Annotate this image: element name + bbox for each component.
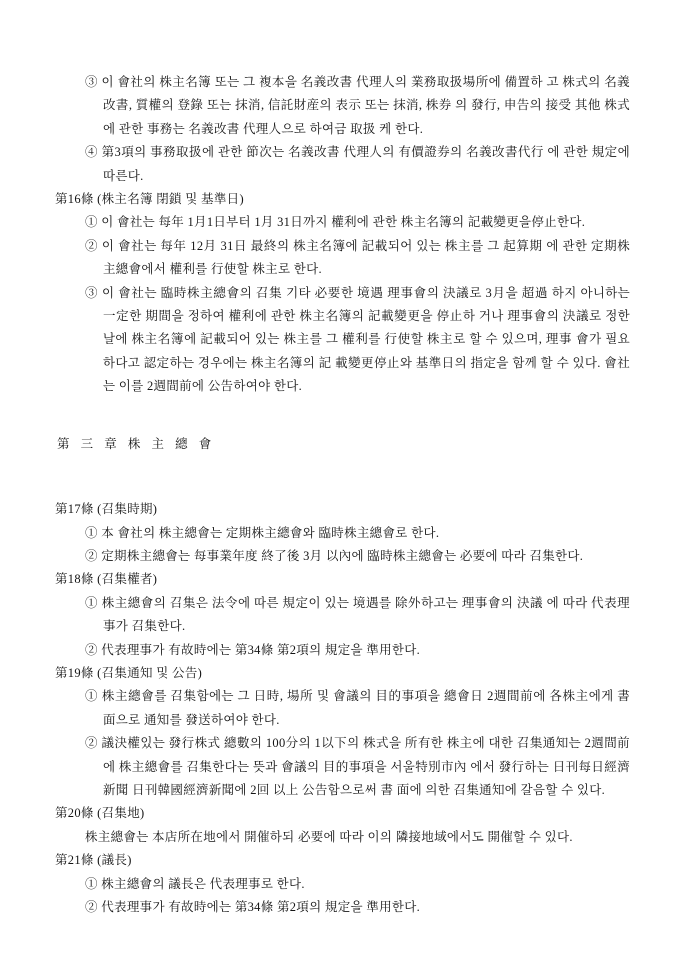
clause-text: 이 會社의 株主名簿 또는 그 複本을 名義改書 代理人의 業務取扱場所에 備置… (102, 75, 630, 136)
clause-item: ② 議決權있는 發行株式 總數의 100分의 1以下의 株式을 所有한 株主에 … (85, 732, 630, 802)
clause-item: ① 株主總會의 召集은 法令에 따른 規定이 있는 境遇를 除外하고는 理事會의… (85, 592, 630, 639)
article-title: 第19條 (召集通知 및 公告) (55, 662, 630, 685)
article-title: 第18條 (召集權者) (55, 568, 630, 591)
clause-text: 本 會社의 株主總會는 定期株主總會와 臨時株主總會로 한다. (101, 526, 439, 540)
clause-item: ④ 第3項의 事務取扱에 관한 節次는 名義改書 代理人의 有價證券의 名義改書… (85, 141, 630, 188)
clause-marker: ② (85, 643, 98, 657)
article-body-text: 株主總會는 本店所在地에서 開催하되 必要에 따라 이의 隣接地域에서도 開催할… (85, 826, 630, 849)
clause-item: ② 이 會社는 每年 12月 31日 最終의 株主名簿에 記載되어 있는 株主를… (85, 235, 630, 282)
chapter-title: 第 三 章 株 主 總 會 (57, 433, 630, 456)
article-title: 第21條 (議長) (55, 849, 630, 872)
document-body: ③ 이 會社의 株主名簿 또는 그 複本을 名義改書 代理人의 業務取扱場所에 … (55, 71, 630, 919)
clause-marker: ① (85, 689, 98, 703)
clause-marker: ④ (85, 145, 98, 159)
article-title: 第20條 (召集地) (55, 802, 630, 825)
clause-item: ② 代表理事가 有故時에는 第34條 第2項의 規定을 準用한다. (85, 896, 630, 919)
clause-text: 定期株主總會는 每事業年度 終了後 3月 以內에 臨時株主總會는 必要에 따라 … (101, 549, 583, 563)
clause-marker: ① (85, 526, 98, 540)
clause-text: 株主總會의 議長은 代表理事로 한다. (101, 877, 305, 891)
clause-text: 第3項의 事務取扱에 관한 節次는 名義改書 代理人의 有價證券의 名義改書代行… (102, 145, 630, 182)
clause-marker: ② (85, 239, 98, 253)
clause-text: 이 會社는 臨時株主總會의 召集 기타 必要한 境遇 理事會의 決議로 3月을 … (102, 286, 630, 394)
clause-marker: ③ (85, 75, 98, 89)
clause-marker: ② (85, 736, 98, 750)
clause-item: ① 本 會社의 株主總會는 定期株主總會와 臨時株主總會로 한다. (85, 522, 630, 545)
clause-item: ③ 이 會社의 株主名簿 또는 그 複本을 名義改書 代理人의 業務取扱場所에 … (85, 71, 630, 141)
clause-text: 代表理事가 有故時에는 第34條 第2項의 規定을 準用한다. (101, 900, 420, 914)
document-page: ③ 이 會社의 株主名簿 또는 그 複本을 名義改書 代理人의 業務取扱場所에 … (0, 0, 680, 962)
clause-item: ① 이 會社는 每年 1月1日부터 1月 31日까지 權利에 관한 株主名簿의 … (85, 211, 630, 234)
clause-marker: ② (85, 900, 98, 914)
clause-marker: ① (85, 596, 98, 610)
clause-item: ② 定期株主總會는 每事業年度 終了後 3月 以內에 臨時株主總會는 必要에 따… (85, 545, 630, 568)
clause-marker: ① (85, 877, 98, 891)
clause-item: ① 株主總會의 議長은 代表理事로 한다. (85, 873, 630, 896)
clause-text: 이 會社는 每年 12月 31日 最終의 株主名簿에 記載되어 있는 株主를 그… (102, 239, 630, 276)
clause-marker: ② (85, 549, 98, 563)
clause-text: 株主總會의 召集은 法令에 따른 規定이 있는 境遇를 除外하고는 理事會의 決… (102, 596, 630, 633)
clause-item: ② 代表理事가 有故時에는 第34條 第2項의 規定을 準用한다. (85, 639, 630, 662)
article-title: 第17條 (召集時期) (55, 498, 630, 521)
clause-item: ① 株主總會를 召集함에는 그 日時, 場所 및 會議의 目的事項을 總會日 2… (85, 685, 630, 732)
clause-marker: ① (85, 215, 98, 229)
clause-text: 議決權있는 發行株式 總數의 100分의 1以下의 株式을 所有한 株主에 대한… (102, 736, 630, 797)
clause-text: 이 會社는 每年 1月1日부터 1月 31日까지 權利에 관한 株主名簿의 記載… (101, 215, 585, 229)
clause-marker: ③ (85, 286, 98, 300)
clause-text: 代表理事가 有故時에는 第34條 第2項의 規定을 準用한다. (101, 643, 420, 657)
clause-text: 株主總會를 召集함에는 그 日時, 場所 및 會議의 目的事項을 總會日 2週間… (102, 689, 630, 726)
clause-item: ③ 이 會社는 臨時株主總會의 召集 기타 必要한 境遇 理事會의 決議로 3月… (85, 282, 630, 399)
article-title: 第16條 (株主名簿 閉鎖 및 基準日) (55, 188, 630, 211)
